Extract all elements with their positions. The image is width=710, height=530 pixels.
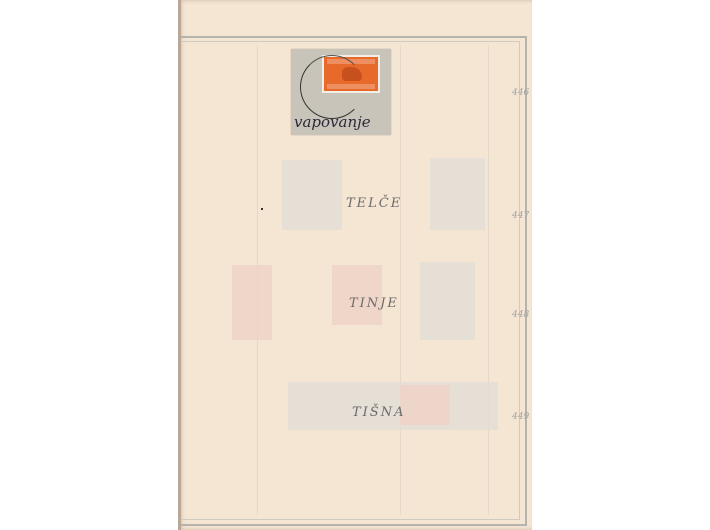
ghost-impression — [400, 385, 450, 425]
margin-number: 449 — [512, 412, 529, 422]
pencil-label-tisna: TIŠNA — [352, 405, 405, 420]
margin-number: 446 — [512, 88, 529, 98]
pencil-label-tinje: TINJE — [349, 296, 399, 311]
grid-line — [488, 45, 489, 515]
grid-line — [400, 45, 401, 515]
margin-number: 448 — [512, 310, 529, 320]
ghost-impression — [430, 158, 485, 230]
postmark-cancel — [300, 55, 364, 119]
ghost-impression — [332, 265, 382, 325]
ghost-impression — [420, 262, 475, 340]
ghost-impression — [232, 265, 272, 340]
pencil-label-telce: TELČE — [346, 196, 402, 211]
margin-number: 447 — [512, 211, 529, 221]
handwritten-label: vapovanje — [294, 113, 371, 131]
ghost-impression — [282, 160, 342, 230]
pencil-mark — [261, 208, 263, 210]
